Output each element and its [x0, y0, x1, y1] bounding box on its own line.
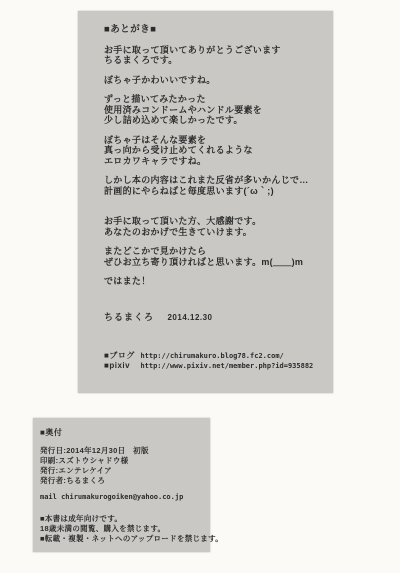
afterword-paragraph: またどこかで見かけたら ぜひお立ち寄り頂ければと思います。m(＿＿)m [104, 246, 323, 267]
text-line: あなたのおかげで生きていけます。 [104, 227, 323, 238]
author-name: ちるまくろ [104, 312, 154, 322]
afterword-paragraph: お手に取って頂いた方、大感謝です。 あなたのおかげで生きていけます。 [104, 216, 323, 237]
blog-url: http://chirumakuro.blog78.fc2.com/ [140, 352, 283, 360]
text-line: お手に取って頂いてありがとうございます [104, 45, 323, 56]
pixiv-label: ■pixiv [104, 361, 136, 372]
afterword-paragraph: ではまた！ [104, 276, 323, 287]
text-line: ぼちゃ子かわいいですね。 [104, 75, 323, 86]
text-line: ぼちゃ子はそんな要素を [104, 135, 323, 146]
text-line: またどこかで見かけたら [104, 246, 323, 257]
publisher-line: 発行:エンテレケイア [40, 466, 204, 476]
afterword-paragraph: しかし本の内容はこれまた反省が多いかんじで… 計画的にやらねばと毎度思います(´… [104, 175, 323, 196]
text-line: ぜひお立ち寄り頂ければと思います。m(＿＿)m [104, 257, 323, 268]
text-line: 真っ向から受け止めてくれるような [104, 145, 323, 156]
afterword-paragraph: ぼちゃ子かわいいですね。 [104, 75, 323, 86]
text-line: しかし本の内容はこれまた反省が多いかんじで… [104, 175, 323, 186]
publish-date-line: 発行日:2014年12月30日 初版 [40, 446, 204, 456]
scanned-page: ■あとがき■ お手に取って頂いてありがとうございます ちるまくろです。 ぼちゃ子… [0, 0, 400, 573]
publication-info: 発行日:2014年12月30日 初版 印刷:スズトウシャドウ様 発行:エンテレケ… [40, 446, 204, 486]
age-restriction-line: 18歳未満の閲覧、購入を禁じます。 [40, 524, 204, 534]
text-line: ではまた！ [104, 276, 323, 287]
issuer-line: 発行者:ちるまくろ [40, 476, 204, 486]
pixiv-url: http://www.pixiv.net/member.php?id=93588… [140, 362, 313, 370]
afterword-paragraph: ぼちゃ子はそんな要素を 真っ向から受け止めてくれるような エロカワキャラですね。 [104, 135, 323, 167]
text-line: 計画的にやらねばと毎度思います(´ω｀;) [104, 186, 323, 197]
printer-line: 印刷:スズトウシャドウ様 [40, 456, 204, 466]
text-line: ちるまくろです。 [104, 55, 323, 66]
colophon-section: ■奥付 発行日:2014年12月30日 初版 印刷:スズトウシャドウ様 発行:エ… [33, 418, 210, 552]
contact-mail: mail chirumakurogoiken@yahoo.co.jp [40, 492, 204, 502]
colophon-title: ■奥付 [40, 428, 204, 438]
afterword-paragraph: お手に取って頂いてありがとうございます ちるまくろです。 [104, 45, 323, 66]
blog-label: ■ブログ [104, 351, 136, 362]
text-line: 使用済みコンドームやハンドル要素を [104, 105, 323, 116]
afterword-section: ■あとがき■ お手に取って頂いてありがとうございます ちるまくろです。 ぼちゃ子… [78, 11, 333, 393]
legal-notices: ■本書は成年向けです。 18歳未満の閲覧、購入を禁じます。 ■転載・複製・ネット… [40, 514, 204, 544]
text-line: ずっと描いてみたかった [104, 94, 323, 105]
no-repost-line: ■転載・複製・ネットへのアップロードを禁じます。 [40, 534, 204, 544]
author-signature: ちるまくろ 2014.12.30 [104, 307, 323, 325]
publish-date: 2014.12.30 [167, 313, 212, 322]
author-links: ■ブログ http://chirumakuro.blog78.fc2.com/ … [104, 351, 323, 373]
afterword-title: ■あとがき■ [104, 25, 323, 36]
afterword-paragraph: ずっと描いてみたかった 使用済みコンドームやハンドル要素を 少し詰め込めて楽しか… [104, 94, 323, 126]
adult-notice-line: ■本書は成年向けです。 [40, 514, 204, 524]
text-line: 少し詰め込めて楽しかったです。 [104, 115, 323, 126]
text-line: エロカワキャラですね。 [104, 156, 323, 167]
pixiv-link-row: ■pixiv http://www.pixiv.net/member.php?i… [104, 361, 323, 372]
text-line: お手に取って頂いた方、大感謝です。 [104, 216, 323, 227]
